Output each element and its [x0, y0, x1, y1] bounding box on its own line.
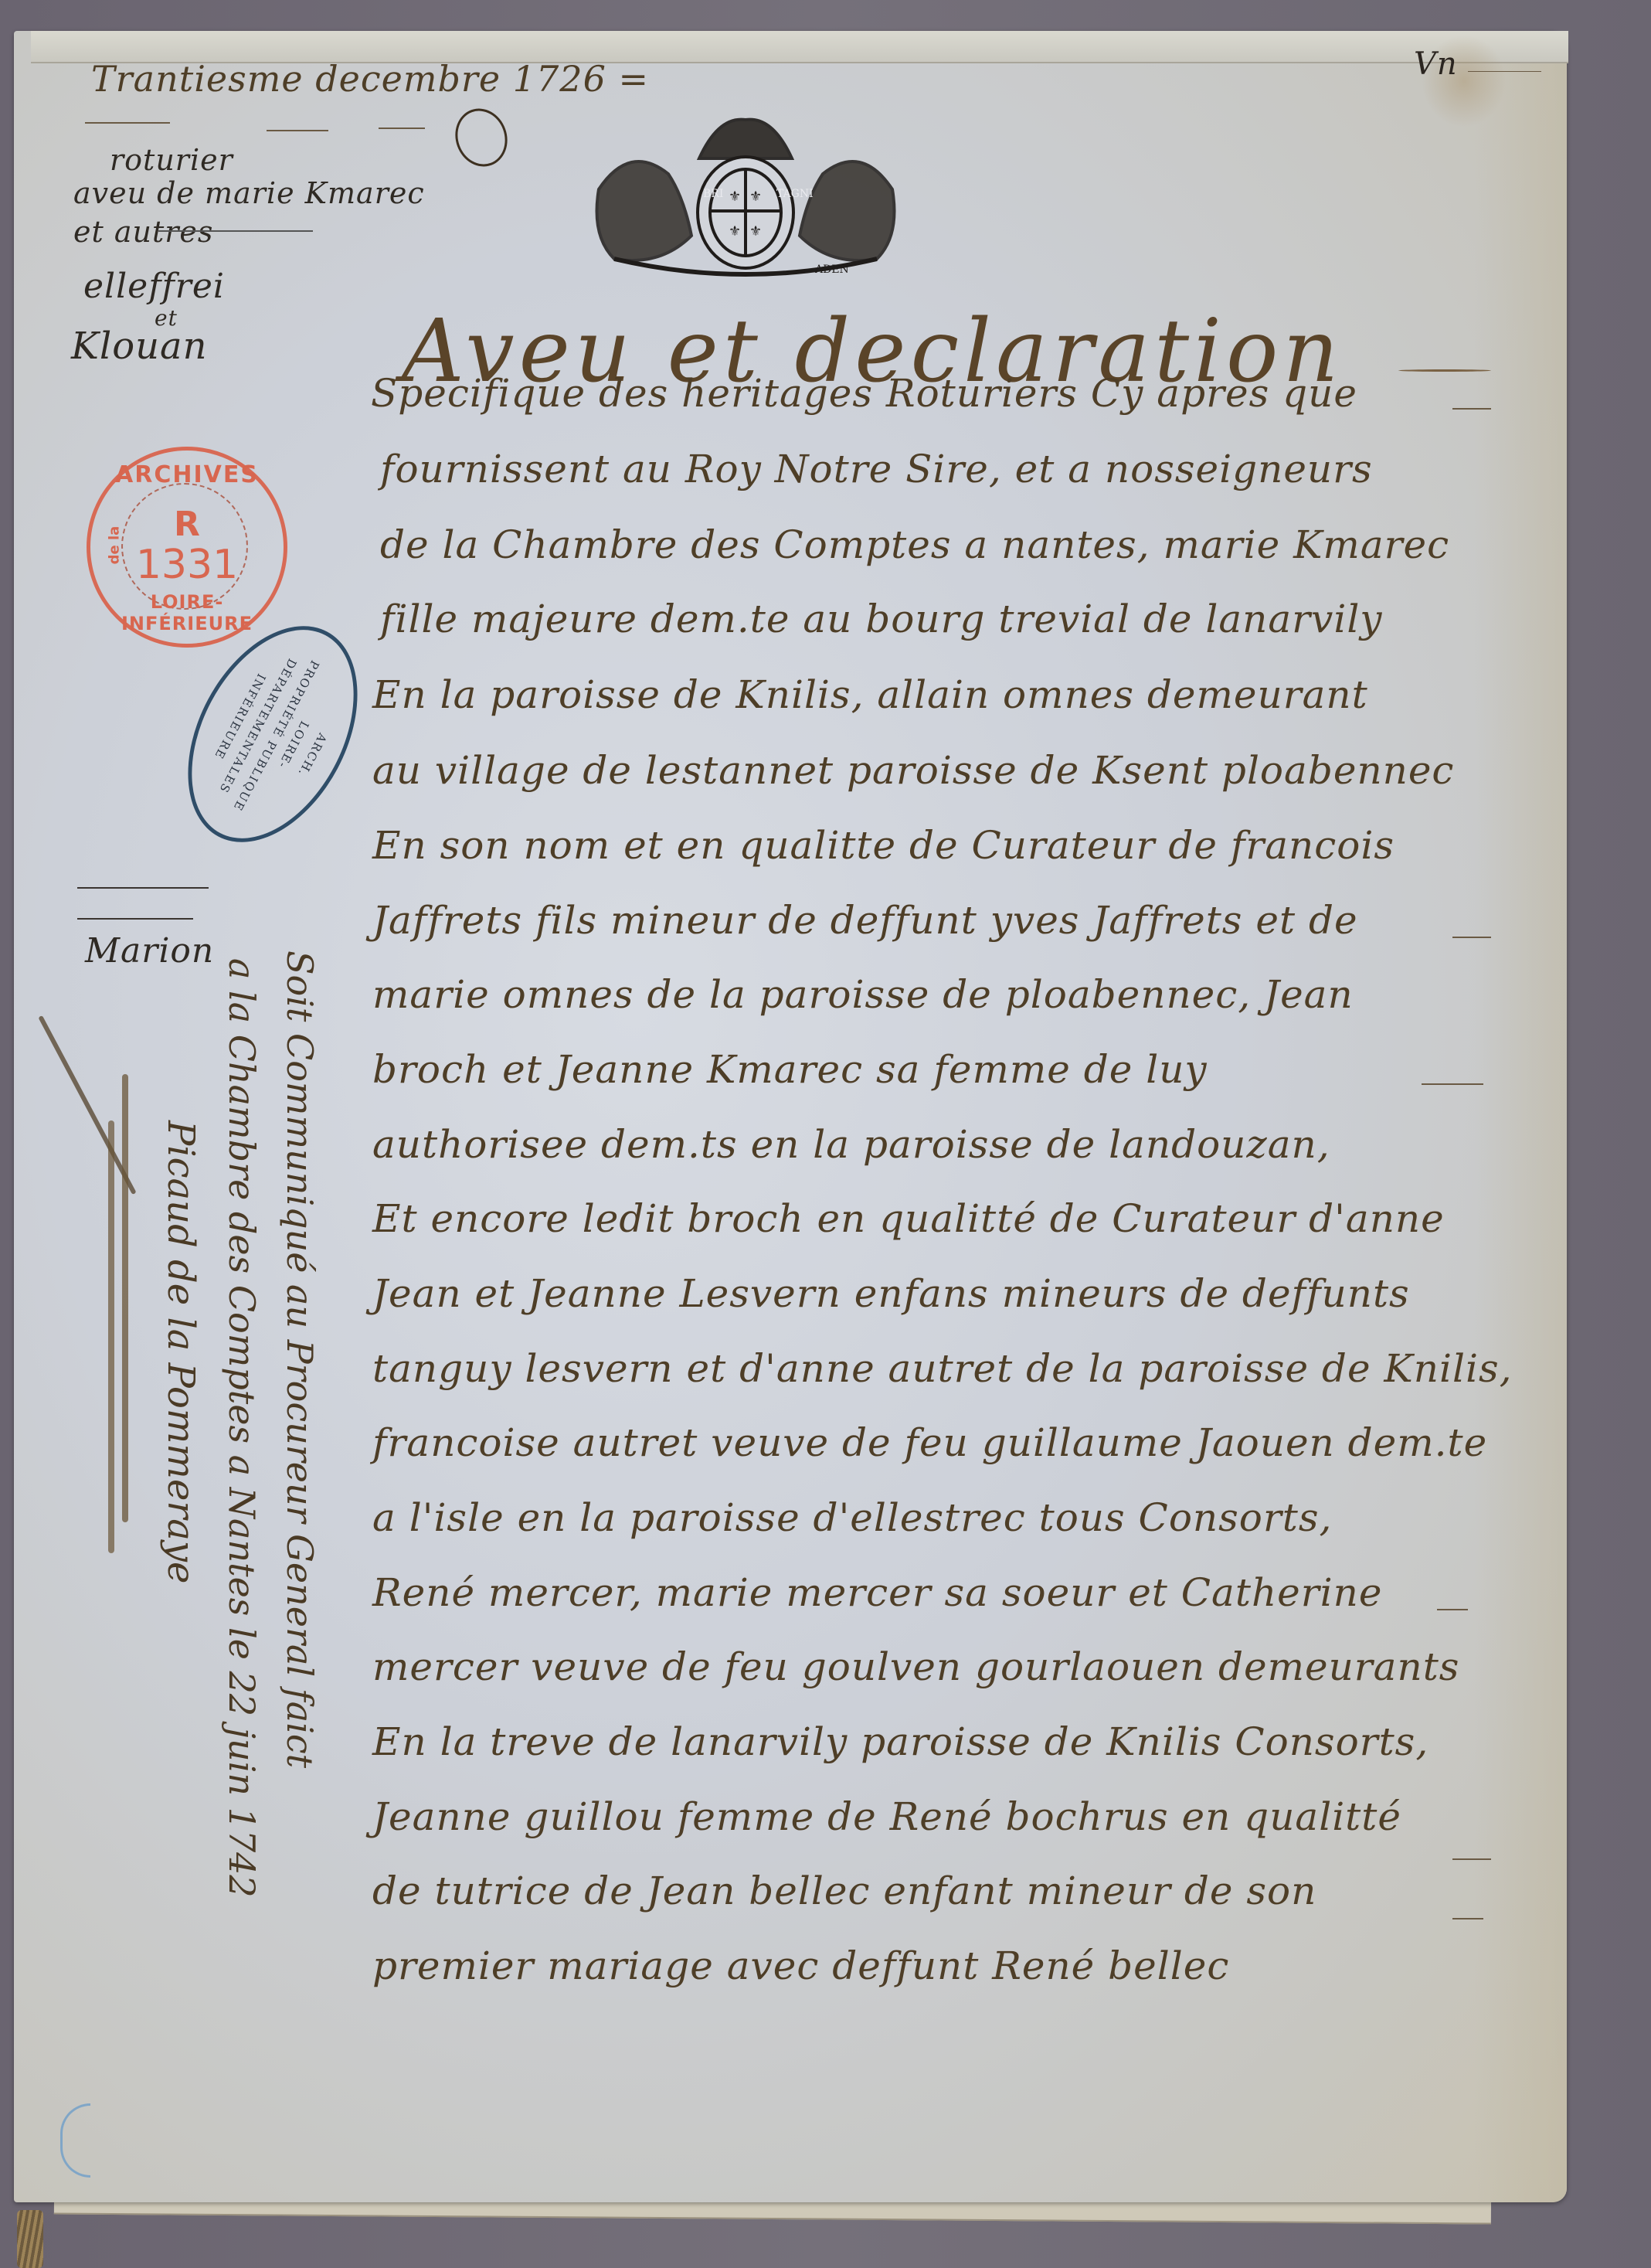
header-rule — [379, 128, 425, 129]
margin-summary-line1: aveu de marie Kmarec — [73, 176, 425, 210]
line-filler-dash — [1437, 1609, 1468, 1610]
margin-place-line2: Klouan — [71, 325, 208, 368]
margin-category: roturier — [110, 143, 233, 177]
svg-text:BRI: BRI — [703, 188, 723, 200]
body-line: Jean et Jeanne Lesvern enfans mineurs de… — [372, 1271, 1410, 1316]
stamp-number: 1331 — [90, 542, 284, 588]
line-filler-dash — [1452, 1918, 1483, 1919]
body-line: Et encore ledit broch en qualitté de Cur… — [372, 1196, 1445, 1241]
body-line: au village de lestannet paroisse de Ksen… — [372, 748, 1454, 793]
body-line: Specifique des heritages Roturiers Cy ap… — [371, 371, 1357, 416]
body-line: a l'isle en la paroisse d'ellestrec tous… — [372, 1495, 1332, 1540]
margin-signature: Marion — [85, 931, 214, 971]
margin-rule — [77, 887, 209, 889]
body-line: marie omnes de la paroisse de ploabennec… — [372, 972, 1354, 1017]
stamp-bottom-text: LOIRE-INFÉRIEURE — [90, 591, 284, 634]
title-flourish — [1398, 369, 1491, 372]
body-line: tanguy lesvern et d'anne autret de la pa… — [372, 1346, 1513, 1391]
archives-red-stamp: ARCHIVES de la R 1331 LOIRE-INFÉRIEURE — [87, 447, 287, 648]
margin-summary-line2: et autres — [73, 215, 213, 249]
body-line: En la treve de lanarvily paroisse de Kni… — [372, 1719, 1428, 1764]
brittany-crest-emblem: ⚜⚜ ⚜⚜ BRI TAGNI ADEN — [583, 112, 908, 282]
line-filler-dash — [1452, 1858, 1491, 1860]
margin-place-line1: elleffrei — [83, 267, 225, 306]
body-line: broch et Jeanne Kmarec sa femme de luy — [372, 1047, 1208, 1092]
body-line: premier mariage avec deffunt René bellec — [372, 1943, 1229, 1988]
signature-flourish — [122, 1074, 128, 1522]
margin-rule — [77, 918, 193, 920]
body-line: Jaffrets fils mineur de deffunt yves Jaf… — [372, 898, 1358, 943]
svg-text:TAGNI: TAGNI — [776, 188, 814, 200]
line-filler-dash — [1422, 1083, 1483, 1085]
svg-text:⚜: ⚜ — [749, 189, 762, 205]
vertical-margin-note-line3: Picaud de la Pommeraye — [159, 1120, 202, 1583]
folio-rule — [1468, 71, 1541, 72]
body-line: authorisee dem.ts en la paroisse de land… — [372, 1122, 1330, 1167]
body-line: En la paroisse de Knilis, allain omnes d… — [372, 672, 1368, 717]
header-rule — [267, 130, 328, 131]
header-rule — [85, 122, 170, 124]
svg-text:ADEN: ADEN — [814, 264, 849, 276]
body-line: mercer veuve de feu goulven gourlaouen d… — [372, 1644, 1459, 1689]
vertical-margin-note-line1: Soit Communiqué au Procureur General fai… — [279, 950, 321, 1768]
line-filler-dash — [1452, 408, 1491, 410]
body-line: de tutrice de Jean bellec enfant mineur … — [372, 1868, 1316, 1913]
margin-rule — [158, 230, 313, 232]
body-line: Jeanne guillou femme de René bochrus en … — [372, 1794, 1401, 1839]
line-filler-dash — [1452, 937, 1491, 938]
binding-thread — [17, 2210, 43, 2268]
body-line: fournissent au Roy Notre Sire, et a noss… — [380, 447, 1373, 491]
svg-text:⚜: ⚜ — [729, 189, 741, 205]
body-line: fille majeure dem.te au bourg trevial de… — [380, 597, 1383, 641]
header-date: Trantiesme decembre 1726 = — [91, 58, 649, 100]
stamp-series-letter: R — [90, 505, 284, 544]
folio-mark: Vn — [1414, 46, 1458, 82]
svg-text:⚜: ⚜ — [729, 223, 741, 240]
signature-flourish — [108, 1120, 114, 1553]
body-line: de la Chambre des Comptes a nantes, mari… — [380, 522, 1449, 567]
stamp-top-text: ARCHIVES — [90, 461, 284, 488]
body-line: René mercer, marie mercer sa soeur et Ca… — [372, 1570, 1382, 1615]
body-line: francoise autret veuve de feu guillaume … — [372, 1420, 1487, 1465]
svg-text:⚜: ⚜ — [749, 223, 762, 240]
body-line: En son nom et en qualitte de Curateur de… — [372, 823, 1395, 868]
vertical-margin-note-line2: a la Chambre des Comptes a Nantes le 22 … — [221, 958, 263, 1898]
